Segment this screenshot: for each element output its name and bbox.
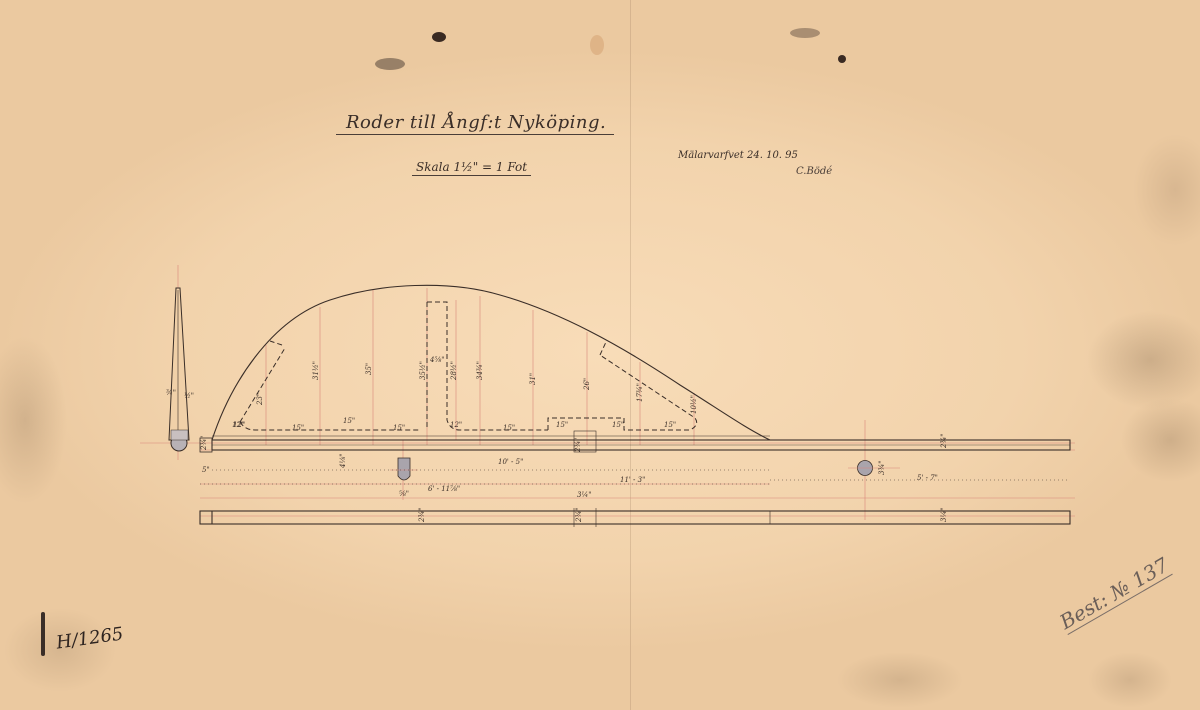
svg-text:15": 15": [612, 421, 624, 429]
spacing-labels: 12" 15" 15" 15" 12" 15" 15" 15" 15" 12": [232, 417, 676, 432]
svg-text:26": 26": [583, 378, 591, 391]
svg-text:15": 15": [664, 421, 676, 429]
svg-text:15": 15": [503, 424, 515, 432]
svg-text:12": 12": [450, 421, 462, 429]
archive-mark: [41, 612, 45, 656]
svg-text:17¾": 17¾": [636, 383, 644, 402]
svg-text:35½": 35½": [419, 361, 427, 380]
offset: 5": [202, 466, 210, 474]
blade-outline: [200, 285, 1070, 527]
svg-text:12": 12": [233, 421, 245, 429]
small-dim: 3¼": [577, 491, 591, 499]
svg-text:2¾": 2¾": [574, 438, 582, 453]
stock-section: 3¾": [848, 461, 900, 476]
svg-text:2¾": 2¾": [418, 508, 426, 523]
svg-text:15": 15": [393, 424, 405, 432]
length-overall: 11' - 3": [620, 476, 645, 484]
svg-text:15": 15": [556, 421, 568, 429]
notch-width: 4⅝": [429, 356, 444, 364]
edge-label-right: ½": [184, 392, 194, 400]
svg-text:31": 31": [529, 373, 537, 385]
svg-text:3¼": 3¼": [940, 508, 948, 522]
svg-text:2¾": 2¾": [940, 434, 948, 449]
svg-text:15": 15": [343, 417, 355, 425]
edge-label-left: ¾": [166, 389, 176, 397]
svg-text:15": 15": [292, 424, 304, 432]
svg-text:2¾": 2¾": [200, 436, 208, 451]
rudder-drawing: ¾" ½": [0, 0, 1200, 710]
edge-view: [169, 288, 189, 451]
svg-text:3¾": 3¾": [878, 461, 886, 475]
svg-text:⅝": ⅝": [399, 490, 409, 498]
svg-text:34¾": 34¾": [476, 361, 484, 380]
svg-text:28½": 28½": [450, 361, 458, 381]
length-pintle: 6' - 11⅞": [428, 485, 460, 493]
length-blade: 10' - 5": [498, 458, 523, 466]
svg-text:10½": 10½": [690, 395, 698, 414]
dashed-frame: [240, 302, 697, 430]
svg-text:4⅛": 4⅛": [339, 454, 347, 469]
svg-text:35": 35": [365, 363, 373, 375]
svg-text:2¾": 2¾": [575, 508, 583, 523]
svg-text:31½": 31½": [312, 361, 320, 380]
blueprint-sheet: Roder till Ångf:t Nyköping. Skala 1½" = …: [0, 0, 1200, 710]
pintle-section: ⅝": [390, 458, 418, 498]
height-labels: 23" 31½" 35" 35½" 28½" 34¾" 31" 26" 17¾"…: [256, 361, 698, 414]
svg-text:23": 23": [256, 393, 264, 406]
length-stock: 5' - 7": [917, 474, 938, 482]
